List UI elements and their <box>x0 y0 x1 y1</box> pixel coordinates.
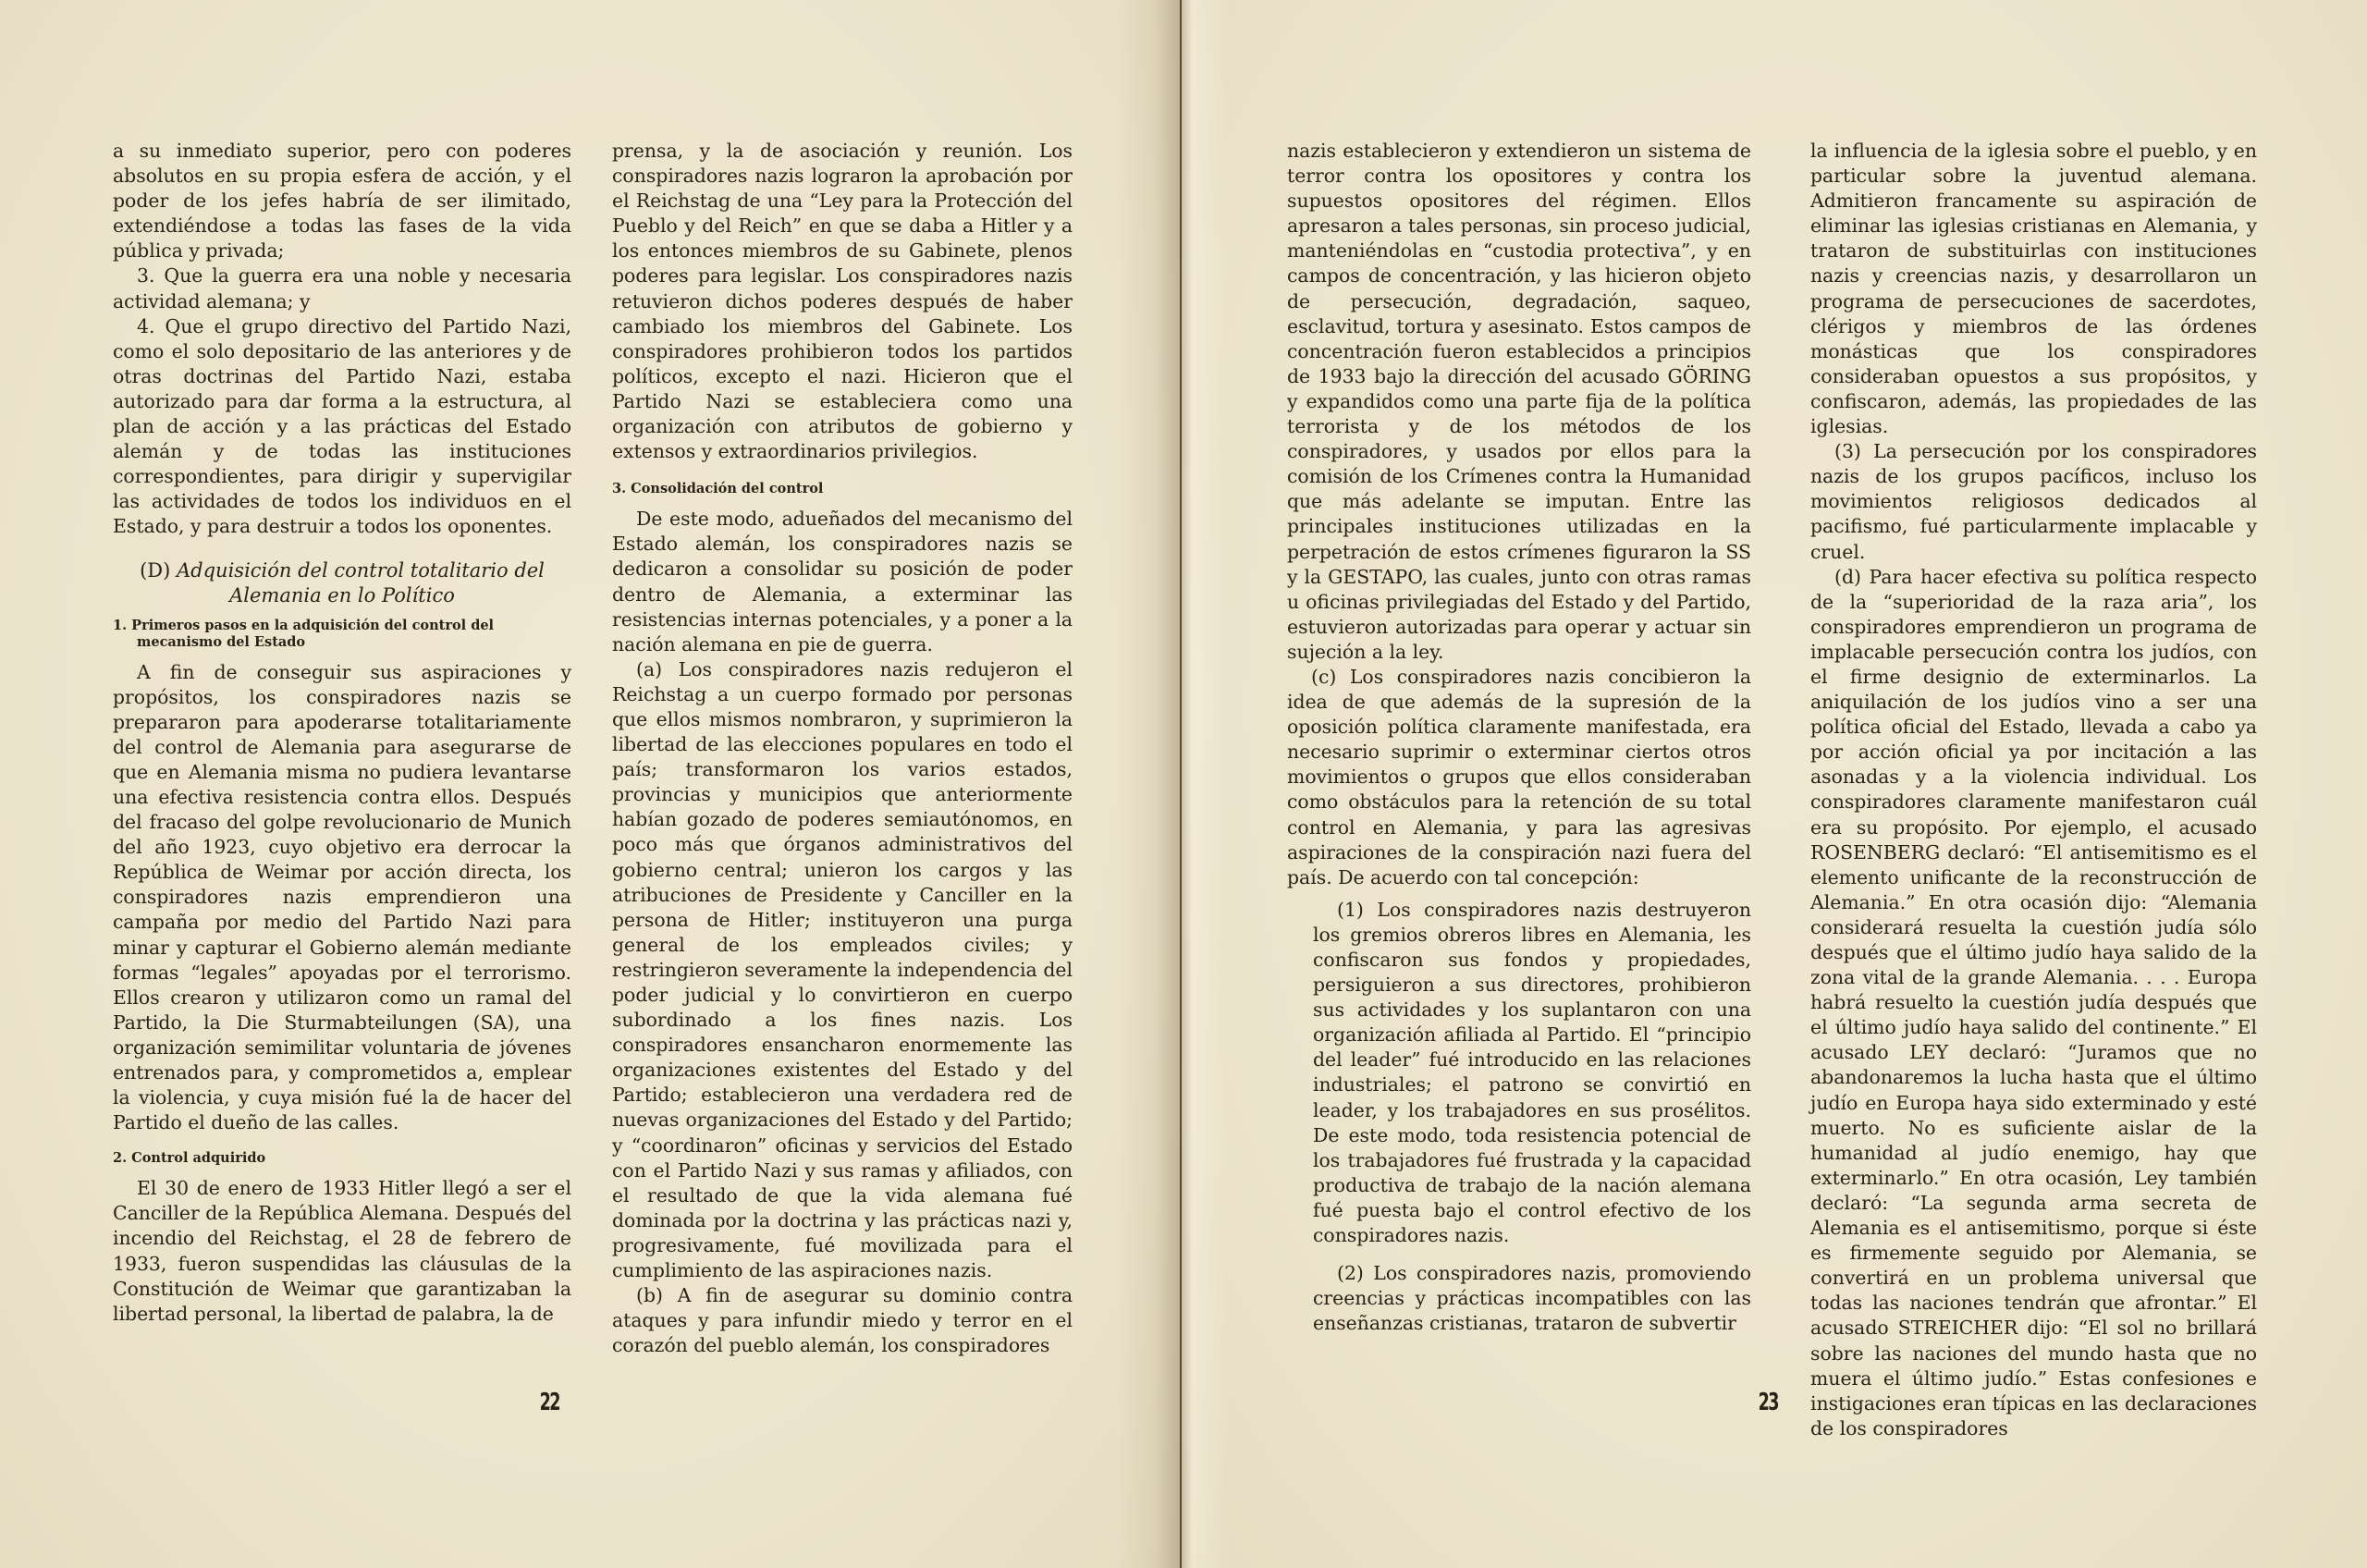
paragraph: la influencia de la iglesia sobre el pue… <box>1810 139 2257 439</box>
paragraph: (d) Para hacer efectiva su política resp… <box>1810 565 2257 1441</box>
paragraph: (3) La persecución por los conspiradores… <box>1810 439 2257 564</box>
paragraph: El 30 de enero de 1933 Hitler llegó a se… <box>113 1176 571 1327</box>
page-number-left: 22 <box>540 1389 559 1416</box>
subheading: 2. Control adquirido <box>113 1150 571 1167</box>
paragraph: (1) Los conspiradores nazis destruyeron … <box>1313 898 1751 1248</box>
subheading: 1. Primeros pasos en la adquisición del … <box>113 618 571 651</box>
right-page-column-2: la influencia de la iglesia sobre el pue… <box>1810 139 2257 1441</box>
paragraph: De este modo, adueñados del mecanismo de… <box>612 507 1073 657</box>
paragraph: 4. Que el grupo directivo del Partido Na… <box>113 314 571 540</box>
subheading: 3. Consolidación del control <box>612 481 1073 497</box>
paragraph: (a) Los conspiradores nazis redujeron el… <box>612 657 1073 1283</box>
paragraph: (2) Los conspiradores nazis, promoviendo… <box>1313 1261 1751 1336</box>
paragraph: (c) Los conspiradores nazis concibieron … <box>1287 665 1751 890</box>
section-title: Adquisición del control totalitario del … <box>177 559 545 606</box>
paragraph: nazis establecieron y extendieron un sis… <box>1287 139 1751 665</box>
paragraph: a su inmediato superior, pero con podere… <box>113 139 571 263</box>
right-page-column-1: nazis establecieron y extendieron un sis… <box>1287 139 1751 1336</box>
indented-list: (1) Los conspiradores nazis destruyeron … <box>1313 898 1751 1337</box>
paragraph: 3. Que la guerra era una noble y necesar… <box>113 263 571 313</box>
section-label: (D) <box>140 559 170 582</box>
left-page-column-1: a su inmediato superior, pero con podere… <box>113 139 571 1327</box>
paragraph: (b) A fin de asegurar su dominio contra … <box>612 1283 1073 1358</box>
paragraph: prensa, y la de asociación y reunión. Lo… <box>612 139 1073 464</box>
section-heading: (D) Adquisición del control totalitario … <box>113 558 571 608</box>
book-gutter <box>1180 0 1182 1568</box>
page-number-right: 23 <box>1759 1389 1778 1416</box>
paragraph: A fin de conseguir sus aspiraciones y pr… <box>113 660 571 1136</box>
left-page-column-2: prensa, y la de asociación y reunión. Lo… <box>612 139 1073 1358</box>
